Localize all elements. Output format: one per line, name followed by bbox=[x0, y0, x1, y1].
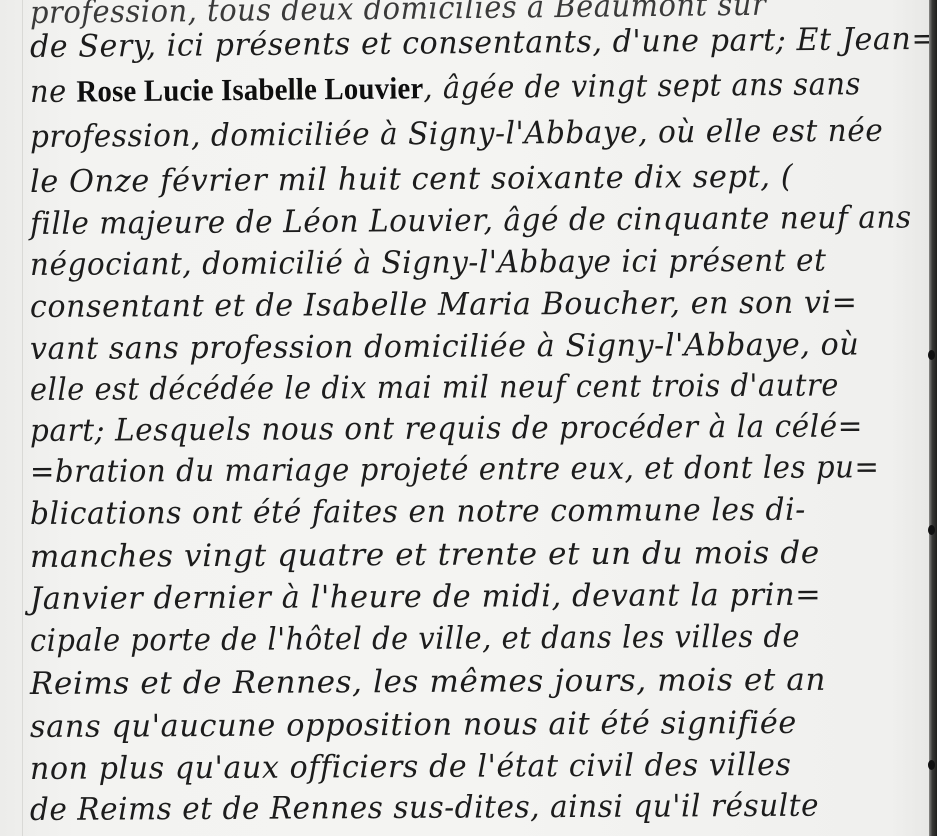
text-line-20: de Reims et de Rennes sus-dites, ainsi q… bbox=[30, 778, 881, 836]
binding-hole-icon bbox=[928, 760, 935, 770]
binding-hole-icon bbox=[928, 525, 935, 535]
line-text: de Reims et de Rennes sus-dites, ainsi q… bbox=[30, 788, 819, 828]
scanned-document-page: profession, tous deux domiciliés à Beaum… bbox=[0, 0, 937, 836]
line-text-prefix: ne bbox=[30, 74, 77, 110]
line-text: profession, domiciliée à Signy-l'Abbaye,… bbox=[30, 113, 884, 155]
handwritten-text-body: profession, tous deux domiciliés à Beaum… bbox=[0, 0, 937, 836]
page-binding-edge bbox=[929, 0, 937, 836]
bride-name: Rose Lucie Isabelle Louvier bbox=[76, 70, 423, 108]
line-text-suffix: , âgée de vingt sept ans sans bbox=[423, 66, 861, 106]
binding-hole-icon bbox=[928, 350, 935, 360]
